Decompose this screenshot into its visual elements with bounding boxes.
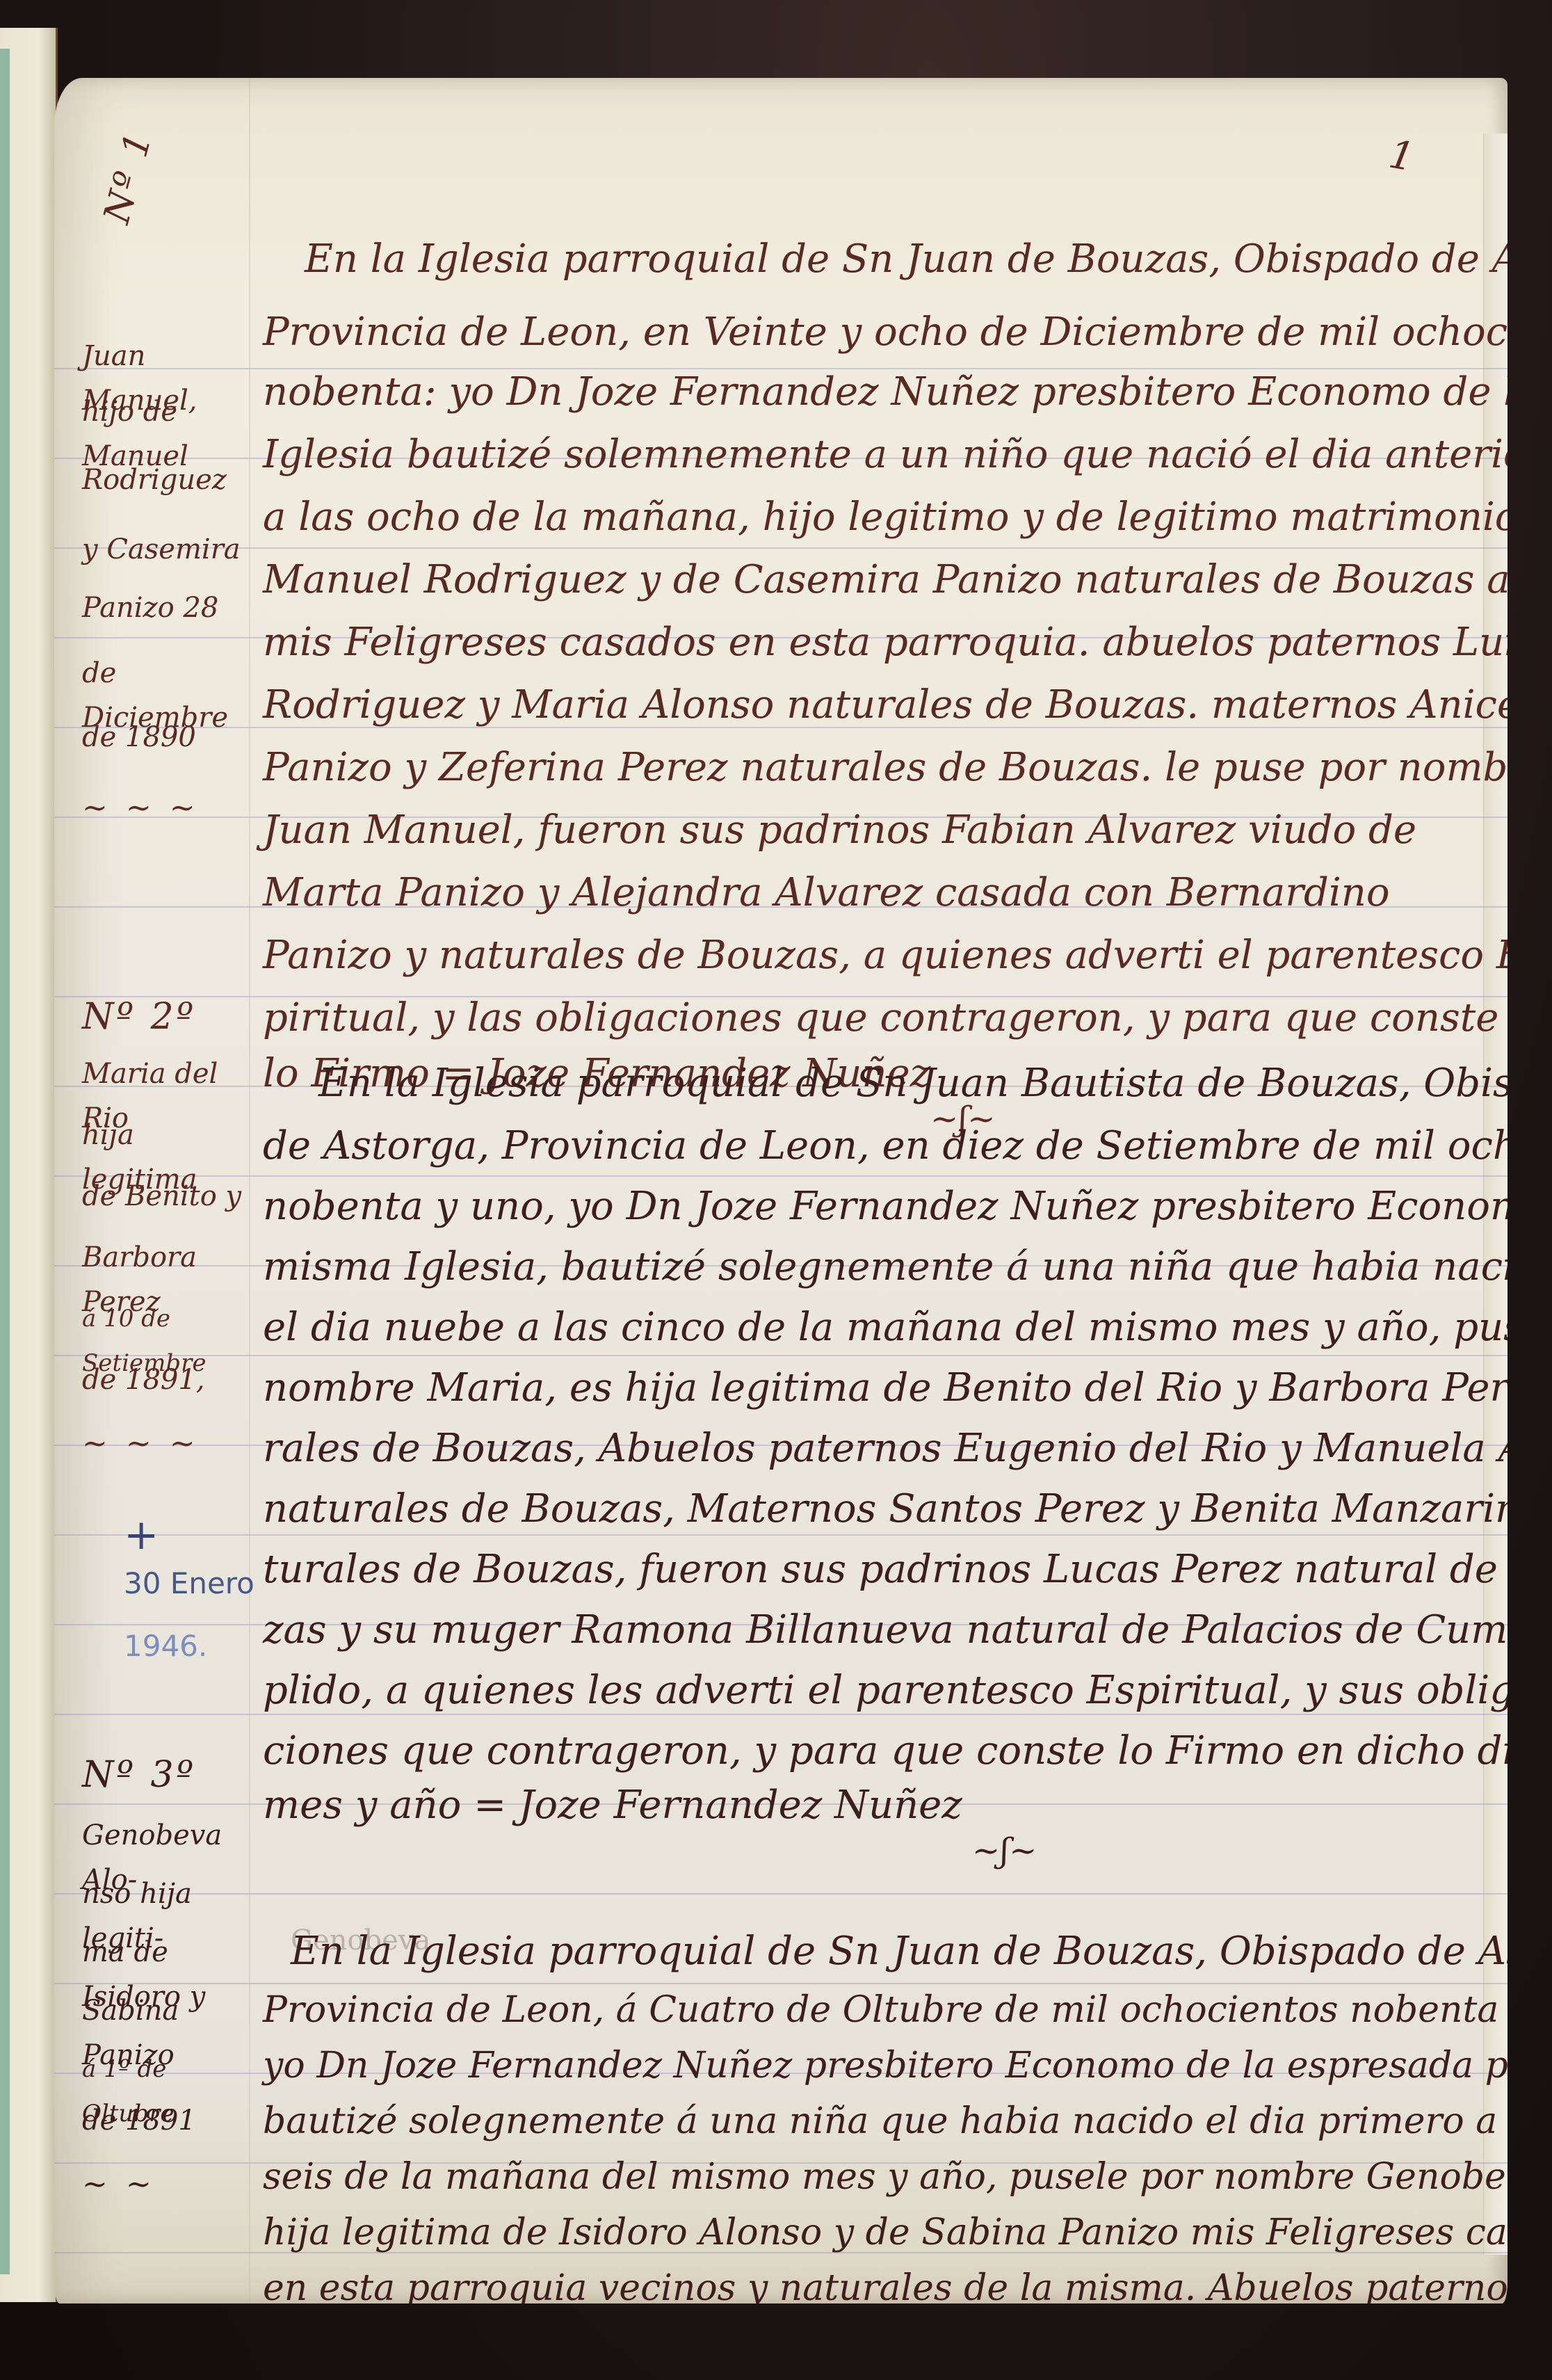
- book-cover-edge: [0, 49, 10, 2274]
- margin-flourish: ~ ~ ~: [82, 780, 256, 836]
- body-line: seis de la mañana del mismo mes y año, p…: [263, 2149, 1487, 2205]
- body-line: Provincia de Leon, en Veinte y ocho de D…: [263, 304, 1487, 361]
- margin-line: de Diciembre: [82, 651, 256, 695]
- margin-line: ma de Isidoro y: [82, 1930, 256, 1975]
- body-line: nombre Maria, es hija legitima de Benito…: [263, 1358, 1487, 1418]
- margin-line: de 1891: [82, 2098, 256, 2143]
- margin-line: Rodriguez: [82, 458, 256, 502]
- register-page: 1 Nº 1 Juan Manuel, hijo de Manuel Rodri…: [54, 78, 1507, 2303]
- margin-line: hijo de Manuel: [82, 389, 256, 434]
- body-line: Panizo y naturales de Bouzas, a quienes …: [263, 924, 1487, 987]
- entry-number-2: Nº 2º: [82, 996, 196, 1038]
- body-line: a las ocho de la mañana, hijo legitimo y…: [263, 486, 1487, 549]
- body-line: de Astorga, Provincia de Leon, en diez d…: [263, 1116, 1487, 1176]
- margin-line: de Benito y: [82, 1174, 256, 1219]
- body-line: misma Iglesia, bautizé solegnemente á un…: [263, 1237, 1487, 1297]
- body-line: mis Feligreses casados en esta parroquia…: [263, 611, 1487, 674]
- entry-number-3: Nº 3º: [82, 1754, 196, 1796]
- margin-flourish: ~ ~ ~: [82, 1416, 256, 1472]
- body-line: Iglesia bautizé solemnemente a un niño q…: [263, 424, 1487, 486]
- entry-1-body: En la Iglesia parroquial de Sn Juan de B…: [263, 214, 1487, 1154]
- body-line: plido, a quienes les adverti el parentes…: [263, 1660, 1487, 1721]
- body-line: naturales de Bouzas, Maternos Santos Per…: [263, 1479, 1487, 1539]
- body-line: hija legitima de Isidoro Alonso y de Sab…: [263, 2205, 1487, 2260]
- margin-line: Genobeva Alo-: [82, 1813, 256, 1858]
- body-line: Rodriguez y Maria Alonso naturales de Bo…: [263, 674, 1487, 737]
- margin-line: de 1891,: [82, 1358, 256, 1402]
- body-line: el dia nuebe a las cinco de la mañana de…: [263, 1297, 1487, 1358]
- body-line: nobenta: yo Dn Joze Fernandez Nuñez pres…: [263, 361, 1487, 424]
- cross-icon: +: [124, 1511, 263, 1559]
- margin-line: Panizo 28: [82, 586, 256, 630]
- body-line: yo Dn Joze Fernandez Nuñez presbitero Ec…: [263, 2038, 1487, 2093]
- entry-3-margin-note: Genobeva Alo- nso hija legiti- ma de Isi…: [82, 1813, 256, 2212]
- body-line: zas y su muger Ramona Billanueva natural…: [263, 1600, 1487, 1660]
- margin-line: á 10 de Setiembre: [82, 1296, 256, 1341]
- body-line: Provincia de Leon, á Cuatro de Oltubre d…: [263, 1982, 1487, 2038]
- signature-rubric: ~ʃ~: [263, 1830, 1487, 1885]
- pencil-annotation-date: 30 Enero: [124, 1559, 263, 1608]
- entry-2-body: En la Iglesia parroquial de Sn Juan Baut…: [263, 1052, 1487, 1885]
- body-line: ciones que contrageron, y para que const…: [263, 1721, 1487, 1781]
- entry-3-body: En la Iglesia parroquial de Sn Juan de B…: [263, 1921, 1487, 2303]
- body-line: Juan Manuel, fueron sus padrinos Fabian …: [263, 799, 1487, 862]
- page-number-mark: 1: [1386, 131, 1418, 180]
- body-line: mes y año = Joze Fernandez Nuñez: [263, 1781, 1487, 1830]
- entry-1-margin-note: Juan Manuel, hijo de Manuel Rodriguez y …: [82, 334, 256, 836]
- pencil-annotation-year: 1946.: [124, 1622, 263, 1671]
- body-line: En la Iglesia parroquial de Sn Juan de B…: [263, 1921, 1487, 1982]
- entry-2-margin-note: Maria del Rio hija legitima de Benito y …: [82, 1052, 256, 1472]
- body-line: En la Iglesia parroquial de Sn Juan Baut…: [263, 1052, 1487, 1116]
- body-line: Manuel Rodriguez y de Casemira Panizo na…: [263, 549, 1487, 611]
- margin-line: hija legitima: [82, 1113, 256, 1157]
- margin-flourish: ~ ~: [82, 2157, 256, 2212]
- body-line: piritual, y las obligaciones que contrag…: [263, 987, 1487, 1050]
- margin-line: nso hija legiti-: [82, 1872, 256, 1916]
- body-line: rales de Bouzas, Abuelos paternos Eugeni…: [263, 1418, 1487, 1479]
- entry-number-1: Nº 1: [96, 126, 161, 227]
- margin-line: de 1890: [82, 715, 256, 759]
- body-line: bautizé solegnemente á una niña que habi…: [263, 2093, 1487, 2149]
- margin-line: Maria del Rio: [82, 1052, 256, 1096]
- body-line: En la Iglesia parroquial de Sn Juan de B…: [263, 214, 1487, 304]
- margin-line: Barbora Perez: [82, 1235, 256, 1280]
- pencil-annotation-entry-2: + 30 Enero 1946.: [124, 1511, 263, 1671]
- margin-line: y Casemira: [82, 527, 256, 572]
- body-line: en esta parroquia vecinos y naturales de…: [263, 2260, 1487, 2303]
- body-line: Marta Panizo y Alejandra Alvarez casada …: [263, 862, 1487, 924]
- body-line: nobenta y uno, yo Dn Joze Fernandez Nuñe…: [263, 1176, 1487, 1237]
- margin-line: Juan Manuel,: [82, 334, 256, 378]
- body-line: Panizo y Zeferina Perez naturales de Bou…: [263, 737, 1487, 799]
- margin-line: Sabina Panizo: [82, 1988, 256, 2033]
- body-line: turales de Bouzas, fueron sus padrinos L…: [263, 1539, 1487, 1600]
